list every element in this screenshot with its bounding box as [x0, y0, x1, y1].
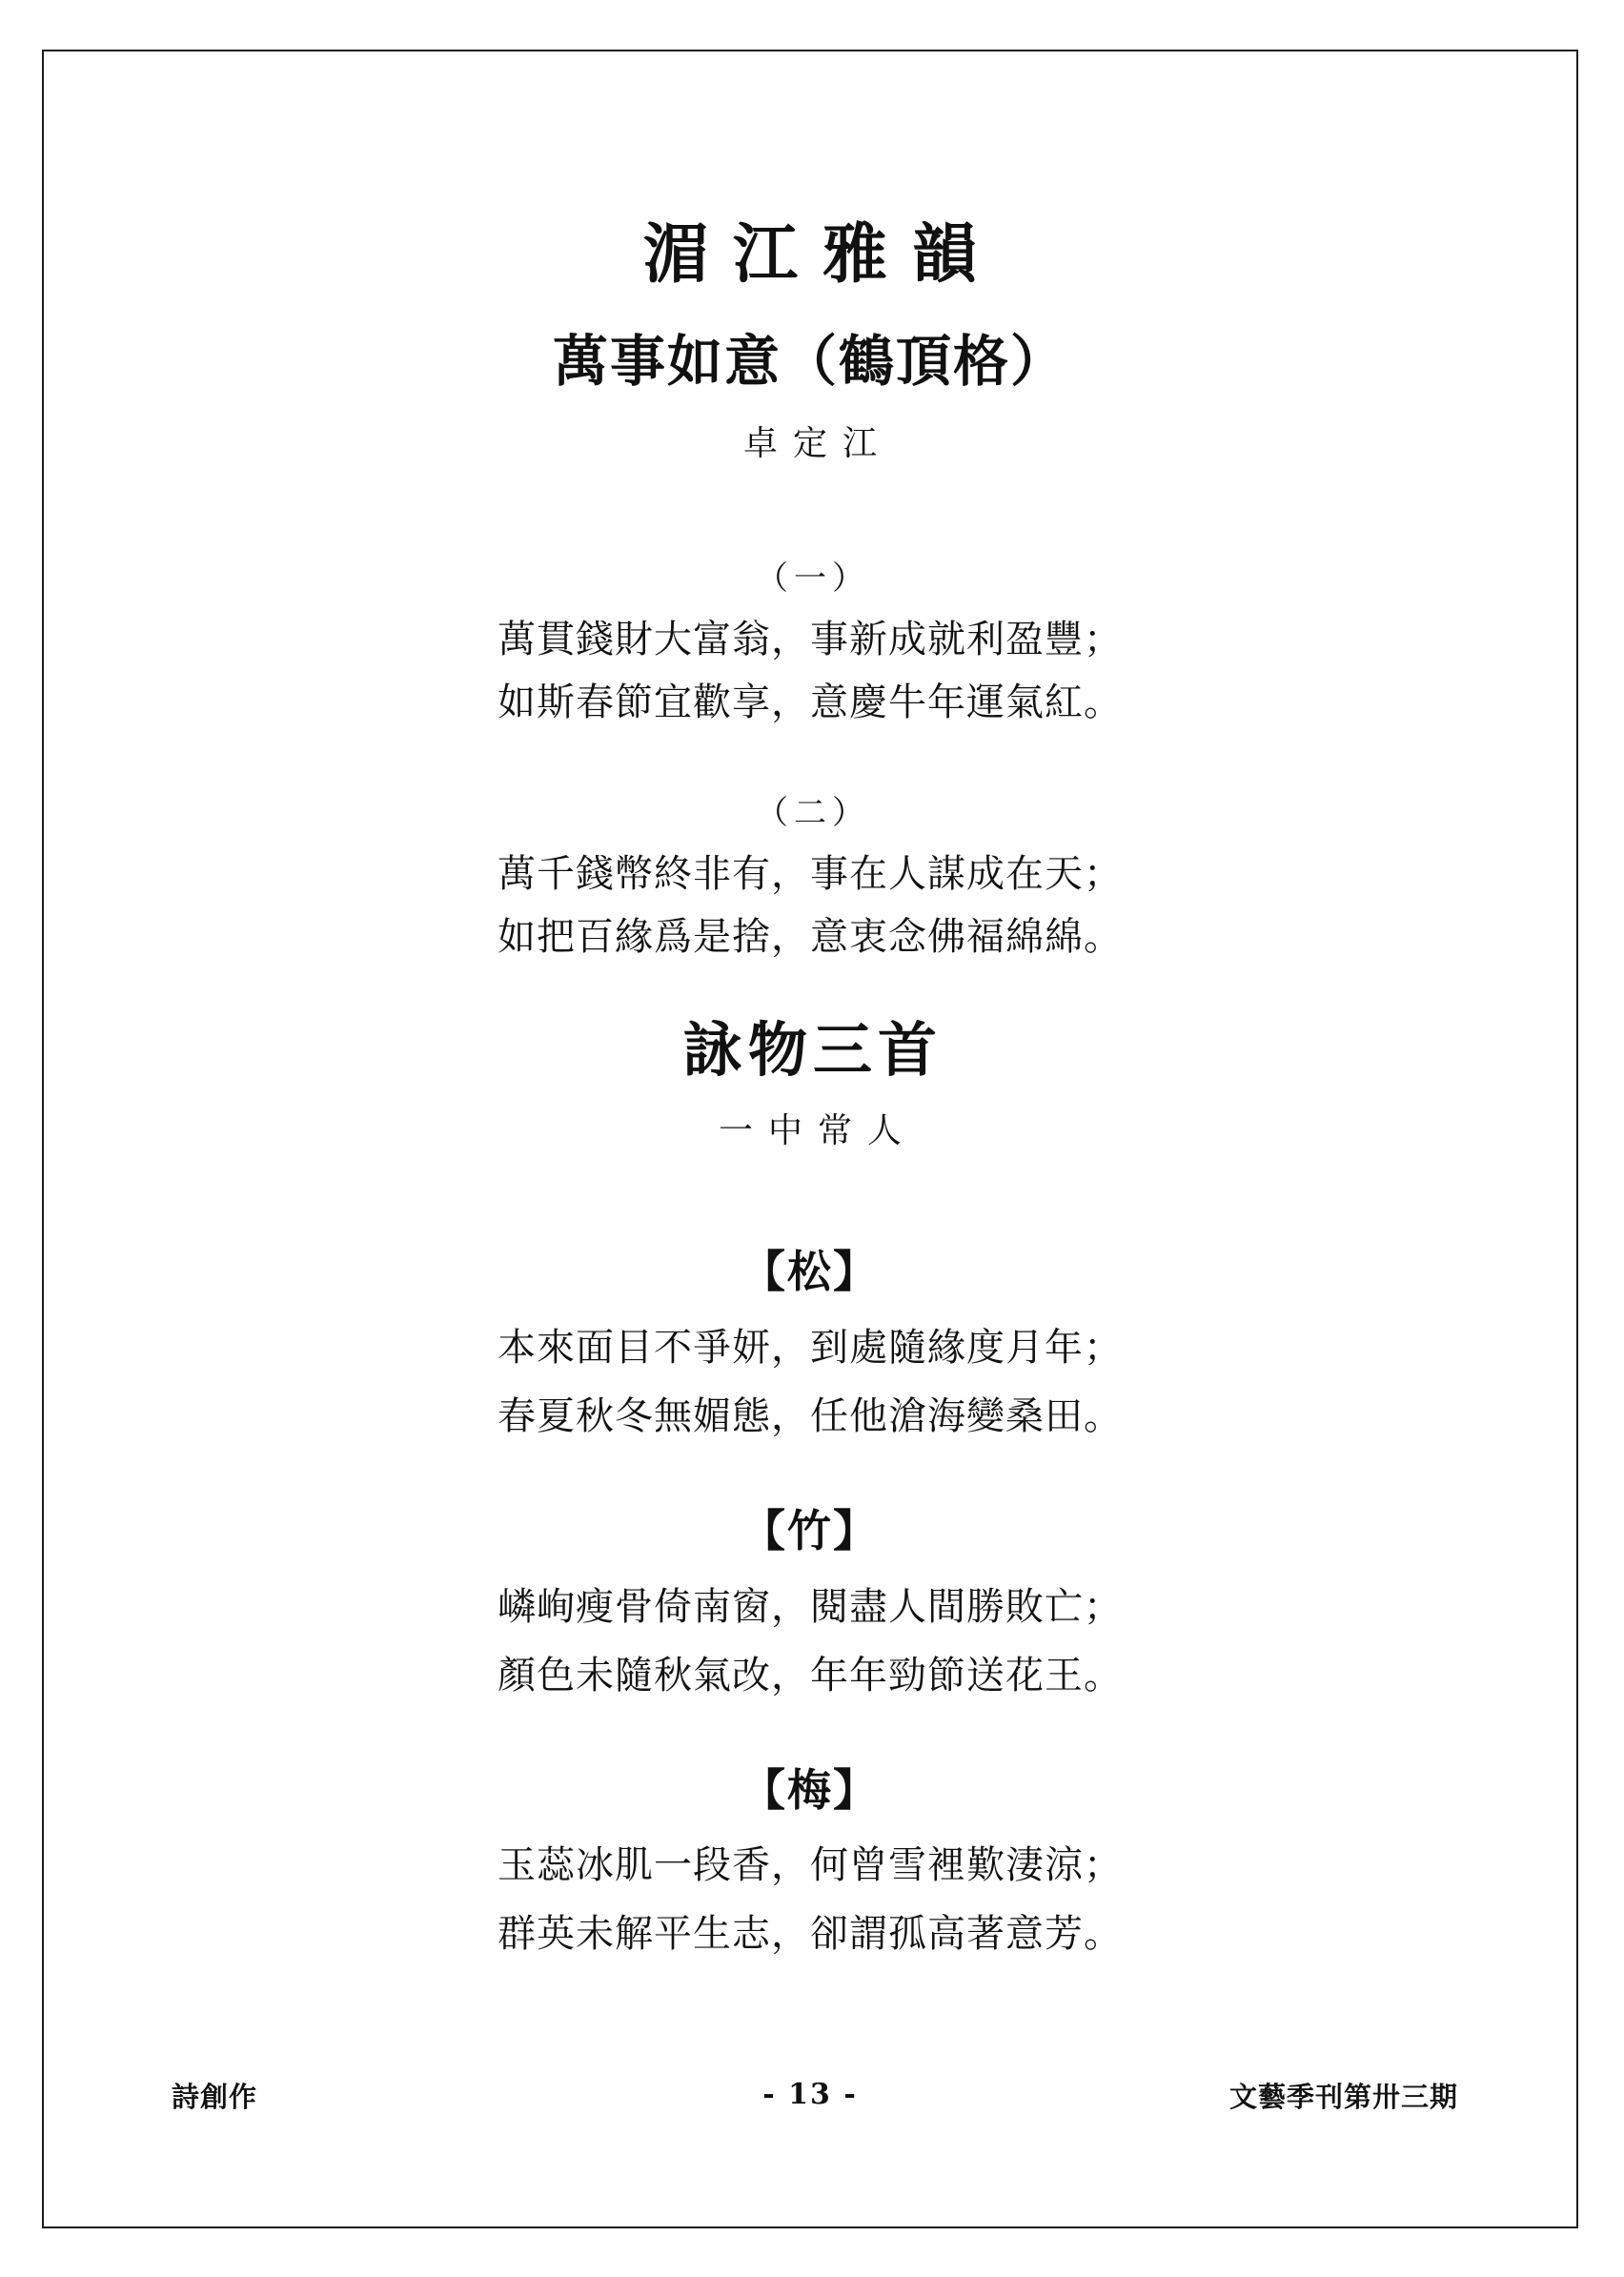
footer-issue-label: 文藝季刊第卅三期: [1229, 2076, 1458, 2115]
stanza-number-one: （一）: [42, 560, 1578, 598]
section-heading-bamboo: 【竹】: [42, 1506, 1578, 1556]
poem-line: 本來面目不爭妍，到處隨緣度月年；: [42, 1326, 1578, 1370]
poem-author-yizhongchangren: 一中常人: [42, 1111, 1578, 1150]
page-footer: 詩創作 - 13 - 文藝季刊第卅三期: [42, 2076, 1578, 2114]
poem-line: 如把百緣爲是捨，意衷念佛福綿綿。: [42, 915, 1578, 959]
poem-line: 萬貫錢財大富翁，事新成就利盈豐；: [42, 618, 1578, 661]
poem-title-yongwusanshou: 詠物三首: [42, 1016, 1578, 1084]
poem-line: 萬千錢幣終非有，事在人謀成在天；: [42, 852, 1578, 896]
journal-title: 湄江雅韻: [42, 217, 1578, 292]
poem-line: 如斯春節宜歡享，意慶牛年運氣紅。: [42, 681, 1578, 724]
footer-page-number: - 13 -: [762, 2078, 858, 2111]
poem-line: 顏色未隨秋氣改，年年勁節送花王。: [42, 1654, 1578, 1698]
poem-line: 玉蕊冰肌一段香，何曾雪裡歎淒涼；: [42, 1843, 1578, 1887]
footer-section-label: 詩創作: [172, 2076, 257, 2115]
poem-title-wanshiruyi: 萬事如意（鶴頂格）: [42, 330, 1578, 394]
section-heading-pine: 【松】: [42, 1247, 1578, 1297]
poem-line: 群英未解平生志，卻謂孤高著意芳。: [42, 1912, 1578, 1956]
section-heading-plum: 【梅】: [42, 1765, 1578, 1816]
poem-line: 嶙峋瘦骨倚南窗，閱盡人間勝敗亡；: [42, 1585, 1578, 1629]
poem-line: 春夏秋冬無媚態，任他滄海變桑田。: [42, 1394, 1578, 1438]
stanza-number-two: （二）: [42, 795, 1578, 832]
poem-author-zhuodingjiang: 卓定江: [42, 424, 1578, 463]
